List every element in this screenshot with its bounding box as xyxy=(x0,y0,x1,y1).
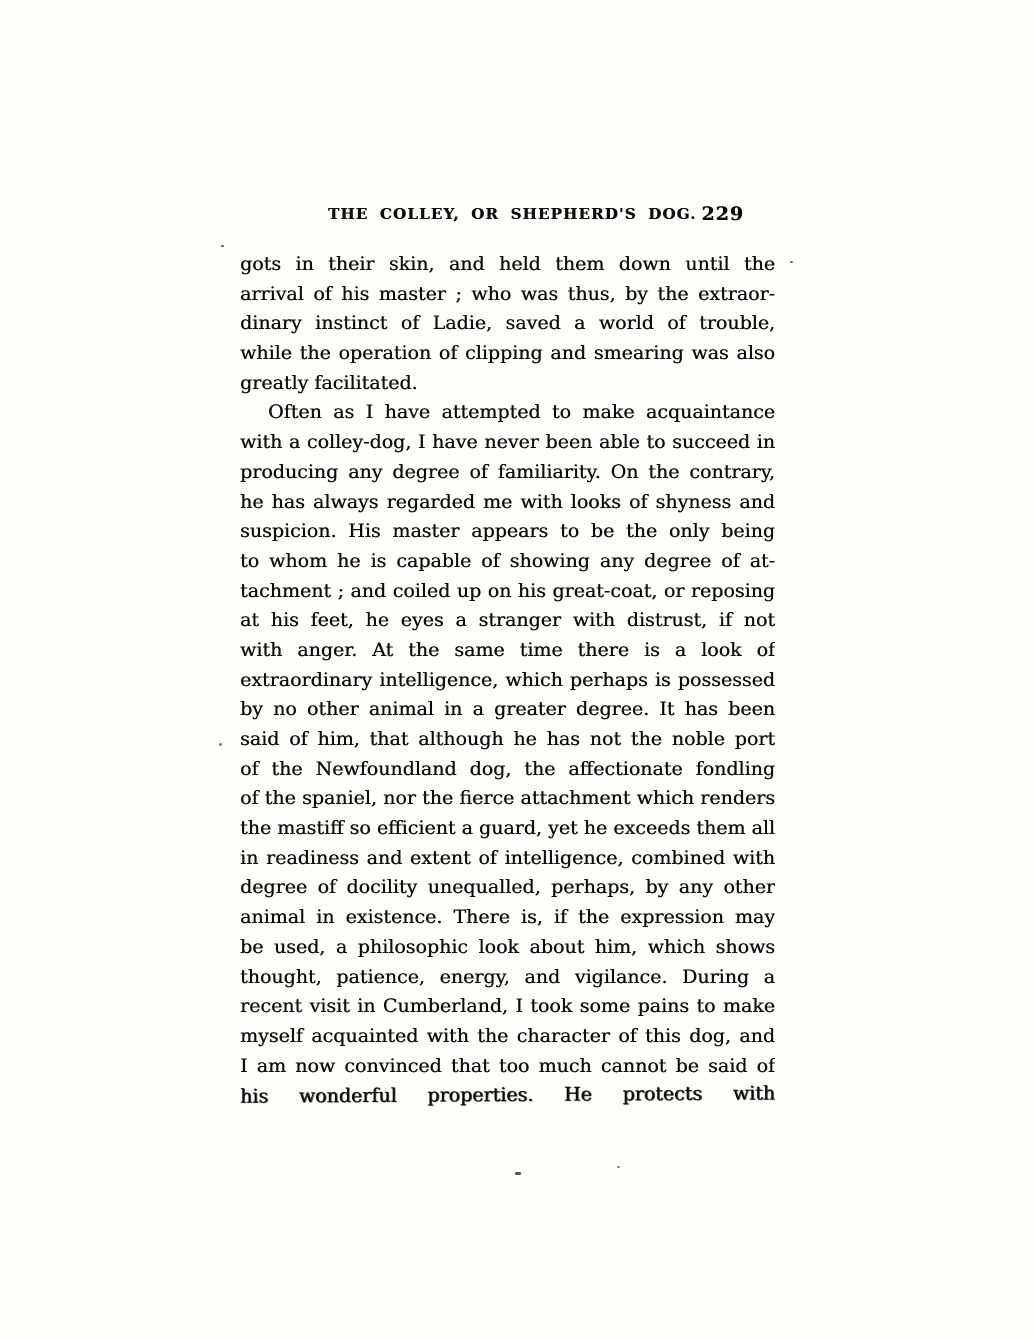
text-line: at his feet, he eyes a stranger with dis… xyxy=(240,606,775,636)
chapter-running-title: THE COLLEY, OR SHEPHERD'S DOG. xyxy=(328,205,697,223)
text-line: suspicion. His master appears to be the … xyxy=(240,517,775,547)
page-number: 229 xyxy=(701,203,744,225)
text-line: Often as I have attempted to make acquai… xyxy=(240,398,775,428)
scan-speck xyxy=(221,245,224,247)
text-line: be used, a philosophic look about him, w… xyxy=(240,933,775,963)
text-line: by no other animal in a greater degree. … xyxy=(240,695,775,725)
text-line: in readiness and extent of intelligence,… xyxy=(240,844,775,874)
text-line: greatly facilitated. xyxy=(240,369,775,399)
text-line: he has always regarded me with looks of … xyxy=(240,488,775,518)
text-line: myself acquainted with the character of … xyxy=(240,1022,775,1052)
text-line: I am now convinced that too much cannot … xyxy=(240,1052,775,1082)
text-line: gots in their skin, and held them down u… xyxy=(240,250,775,280)
text-line: degree of docility unequalled, perhaps, … xyxy=(240,873,775,903)
text-line: tachment ; and coiled up on his great-co… xyxy=(240,577,775,607)
text-line: his wonderful properties. He protects wi… xyxy=(240,1080,775,1113)
text-line: with a colley-dog, I have never been abl… xyxy=(240,428,775,458)
text-line: with anger. At the same time there is a … xyxy=(240,636,775,666)
page-body: gots in their skin, and held them down u… xyxy=(240,250,775,1111)
text-line: said of him, that although he has not th… xyxy=(240,725,775,755)
text-line: thought, patience, energy, and vigilance… xyxy=(240,963,775,993)
scan-speck xyxy=(219,743,222,746)
text-line: recent visit in Cumberland, I took some … xyxy=(240,992,775,1022)
text-line: the mastiff so efficient a guard, yet he… xyxy=(240,814,775,844)
text-line: of the Newfoundland dog, the affectionat… xyxy=(240,755,775,785)
scan-speck xyxy=(515,1172,521,1175)
text-line: dinary instinct of Ladie, saved a world … xyxy=(240,309,775,339)
text-line: animal in existence. There is, if the ex… xyxy=(240,903,775,933)
text-line: of the spaniel, nor the fierce attachmen… xyxy=(240,784,775,814)
text-line: to whom he is capable of showing any deg… xyxy=(240,547,775,577)
text-line: producing any degree of familiarity. On … xyxy=(240,458,775,488)
scan-speck xyxy=(790,261,793,263)
text-line: arrival of his master ; who was thus, by… xyxy=(240,280,775,310)
running-head: THE COLLEY, OR SHEPHERD'S DOG. 229 xyxy=(240,205,775,229)
text-line: extraordinary intelligence, which perhap… xyxy=(240,666,775,696)
scan-speck xyxy=(617,1166,620,1168)
scanned-book-page: THE COLLEY, OR SHEPHERD'S DOG. 229 gots … xyxy=(0,0,1033,1339)
text-line: while the operation of clipping and smea… xyxy=(240,339,775,369)
